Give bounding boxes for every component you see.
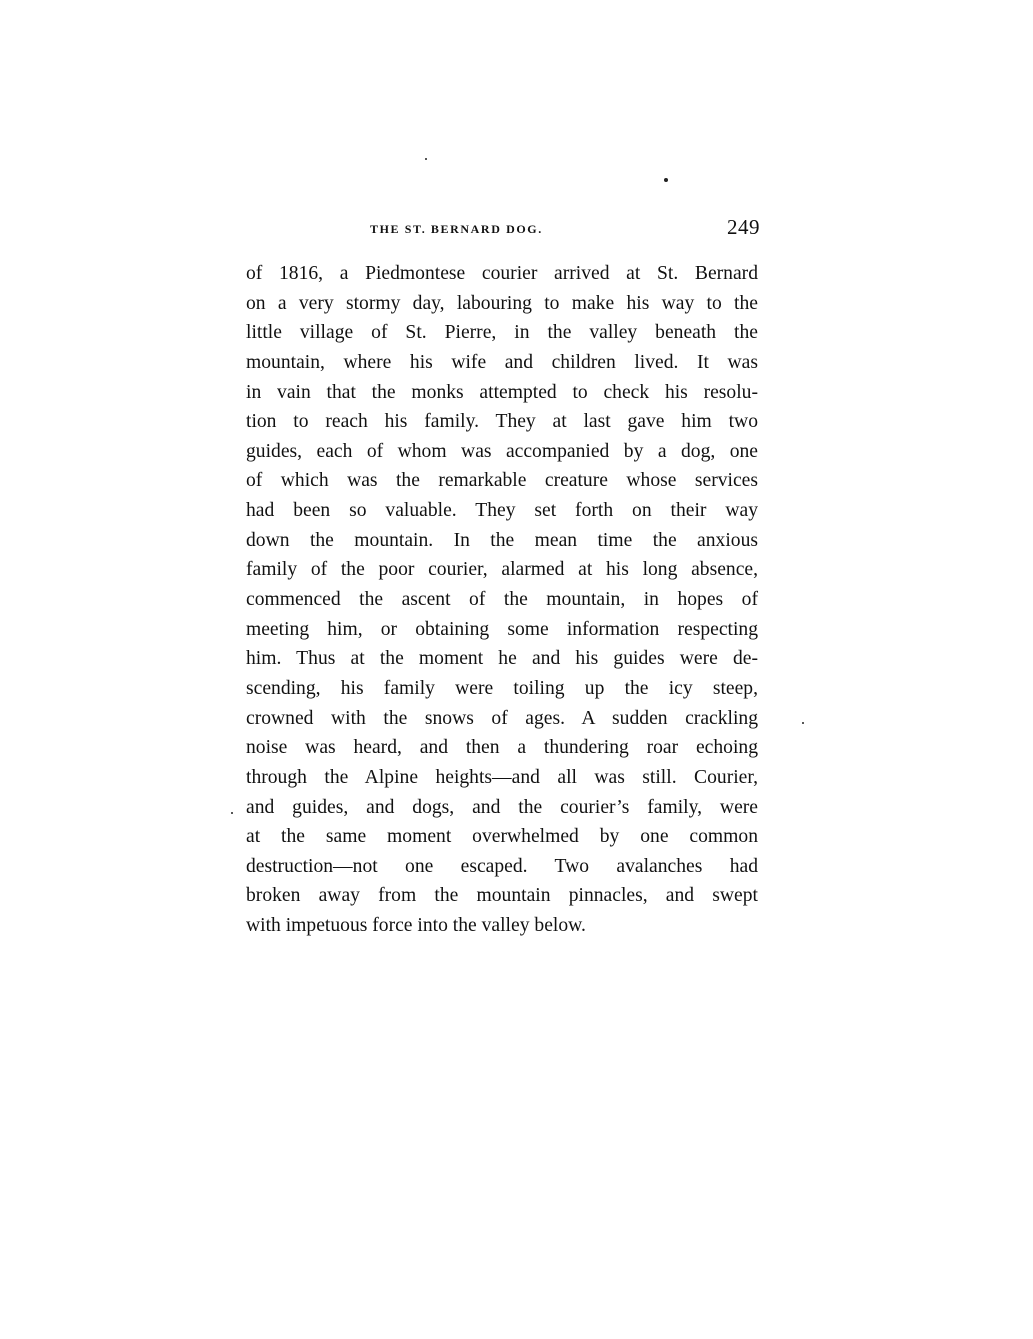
text-line: commenced the ascent of the mountain, in…: [246, 585, 758, 615]
page-number: 249: [727, 215, 760, 240]
running-head: THE ST. BERNARD DOG. 249: [246, 215, 760, 243]
running-title: THE ST. BERNARD DOG.: [370, 222, 543, 237]
scan-speck: [664, 178, 668, 182]
scan-speck: [425, 158, 427, 160]
text-line: at the same moment overwhelmed by one co…: [246, 822, 758, 852]
body-paragraph: of 1816, a Piedmontese courier arrived a…: [246, 259, 758, 941]
text-line: through the Alpine heights—and all was s…: [246, 763, 758, 793]
text-line: broken away from the mountain pinnacles,…: [246, 881, 758, 911]
text-line: with impetuous force into the valley bel…: [246, 911, 758, 941]
text-line: in vain that the monks attempted to chec…: [246, 378, 758, 408]
text-line: guides, each of whom was accompanied by …: [246, 437, 758, 467]
text-line: family of the poor courier, alarmed at h…: [246, 555, 758, 585]
text-line: tion to reach his family. They at last g…: [246, 407, 758, 437]
book-page: THE ST. BERNARD DOG. 249 of 1816, a Pied…: [0, 0, 1033, 1339]
text-line: mountain, where his wife and children li…: [246, 348, 758, 378]
text-line: noise was heard, and then a thundering r…: [246, 733, 758, 763]
scan-speck: [231, 812, 233, 814]
scan-speck: [802, 722, 804, 724]
text-line: of 1816, a Piedmontese courier arrived a…: [246, 259, 758, 289]
text-line: down the mountain. In the mean time the …: [246, 526, 758, 556]
text-line: little village of St. Pierre, in the val…: [246, 318, 758, 348]
text-line: scending, his family were toiling up the…: [246, 674, 758, 704]
text-line: and guides, and dogs, and the courier’s …: [246, 793, 758, 823]
text-line: had been so valuable. They set forth on …: [246, 496, 758, 526]
text-line: crowned with the snows of ages. A sudden…: [246, 704, 758, 734]
text-line: him. Thus at the moment he and his guide…: [246, 644, 758, 674]
text-line: meeting him, or obtaining some informati…: [246, 615, 758, 645]
text-line: of which was the remarkable creature who…: [246, 466, 758, 496]
text-line: destruction—not one escaped. Two avalanc…: [246, 852, 758, 882]
text-line: on a very stormy day, labouring to make …: [246, 289, 758, 319]
